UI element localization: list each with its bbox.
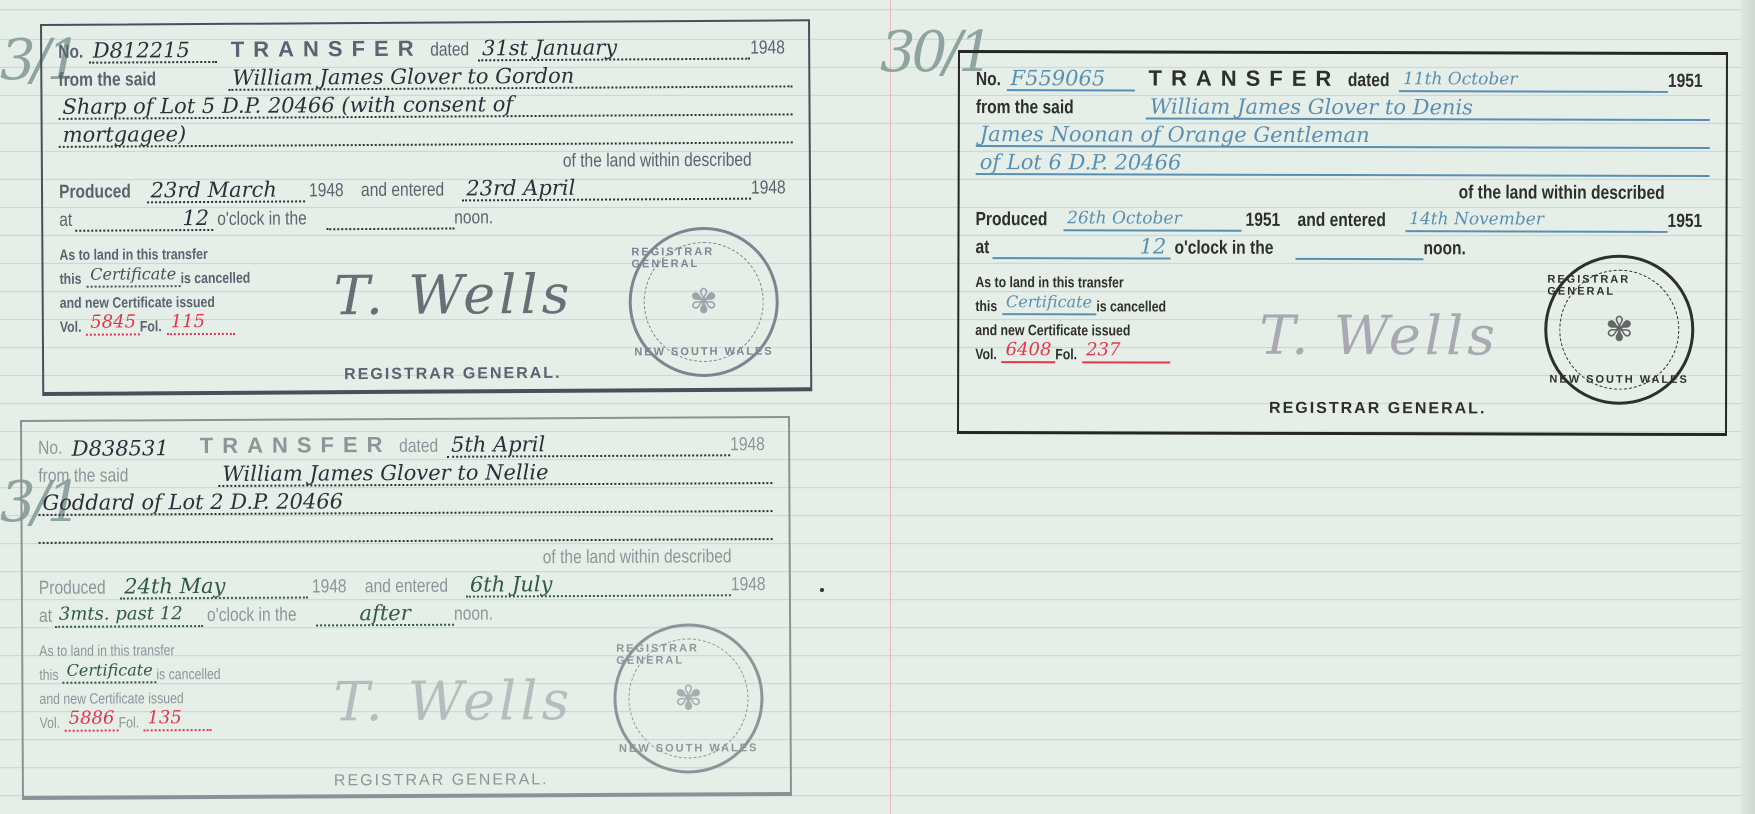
seal-text-top: REGISTRAR GENERAL bbox=[616, 642, 760, 667]
from-row: mortgagee) bbox=[59, 115, 793, 147]
fol-value: 135 bbox=[143, 707, 211, 731]
time-of-day bbox=[1295, 258, 1423, 260]
fol-value: 115 bbox=[167, 311, 235, 335]
registrar-seal: REGISTRAR GENERAL ✾ NEW SOUTH WALES bbox=[628, 226, 779, 377]
from-label: from the said bbox=[58, 69, 198, 92]
as-to-land-label: As to land in this transfer bbox=[59, 246, 207, 264]
new-cert-label: and new Certificate issued bbox=[60, 294, 215, 312]
transfer-number: F559065 bbox=[1007, 67, 1135, 91]
fol-label: Fol. bbox=[1055, 346, 1077, 363]
transfer-number: D812215 bbox=[89, 39, 217, 64]
produced-value: 26th October bbox=[1063, 207, 1241, 231]
entered-year: 1948 bbox=[751, 177, 786, 199]
fol-value: 237 bbox=[1082, 339, 1170, 363]
transfer-heading: TRANSFER bbox=[1149, 65, 1341, 92]
oclock-label: o'clock in the bbox=[217, 208, 307, 231]
produced-year: 1948 bbox=[309, 180, 344, 202]
this-label: this bbox=[39, 667, 58, 684]
time-of-day: after bbox=[316, 602, 454, 627]
crest-icon: ✾ bbox=[1605, 310, 1634, 350]
certificate-word: Certificate bbox=[1002, 291, 1096, 315]
seal-text-bottom: NEW SOUTH WALES bbox=[634, 346, 773, 359]
registrar-label: REGISTRAR GENERAL. bbox=[1269, 400, 1486, 419]
land-row: of the land within described bbox=[59, 143, 793, 175]
certificate-word: Certificate bbox=[63, 659, 157, 683]
oclock-label: o'clock in the bbox=[1174, 238, 1273, 260]
produced-year: 1951 bbox=[1245, 210, 1280, 232]
from-line-3: mortgagee) bbox=[59, 119, 793, 147]
ink-speck bbox=[820, 588, 824, 592]
entered-value: 6th July bbox=[466, 572, 731, 597]
dated-value: 5th April bbox=[447, 432, 730, 457]
as-to-land-label: As to land in this transfer bbox=[39, 642, 174, 660]
transfer-stamp-1: No. D812215 TRANSFER dated 31st January … bbox=[40, 19, 812, 396]
from-line-1: William James Glover to Nellie bbox=[218, 460, 772, 487]
dated-label: dated bbox=[430, 39, 469, 61]
from-label: from the said bbox=[976, 97, 1115, 119]
dated-label: dated bbox=[1348, 70, 1390, 92]
time-value: 12 bbox=[75, 207, 213, 232]
noon-label: noon. bbox=[454, 207, 493, 229]
transfer-stamp-2: No. D838531 TRANSFER dated 5th April 194… bbox=[20, 416, 792, 800]
registrar-seal: REGISTRAR GENERAL ✾ NEW SOUTH WALES bbox=[613, 623, 764, 774]
no-label: No. bbox=[38, 438, 62, 460]
produced-year: 1948 bbox=[312, 576, 347, 598]
dated-value: 31st January bbox=[478, 36, 750, 62]
this-label: this bbox=[60, 271, 82, 288]
from-line-1: William James Glover to Denis bbox=[1146, 95, 1710, 120]
vol-label: Vol. bbox=[40, 715, 61, 732]
registrar-label: REGISTRAR GENERAL. bbox=[334, 771, 549, 790]
from-line-2: James Noonan of Orange Gentleman bbox=[976, 123, 1710, 149]
dated-label: dated bbox=[399, 436, 438, 458]
registrar-seal: REGISTRAR GENERAL ✾ NEW SOUTH WALES bbox=[1544, 255, 1694, 405]
entered-label: and entered bbox=[364, 576, 447, 598]
from-line-1: William James Glover to Gordon bbox=[228, 63, 792, 90]
land-label: of the land within described bbox=[1458, 182, 1664, 205]
fol-label: Fol. bbox=[118, 714, 139, 731]
entered-value: 14th November bbox=[1405, 208, 1667, 233]
cancelled-label: is cancelled bbox=[180, 270, 250, 287]
as-to-land-label: As to land in this transfer bbox=[975, 274, 1123, 291]
seal-text-bottom: NEW SOUTH WALES bbox=[1549, 374, 1688, 386]
at-label: at bbox=[39, 606, 52, 628]
vol-value: 6408 bbox=[1002, 339, 1056, 363]
no-label: No. bbox=[58, 42, 83, 64]
cancelled-label: is cancelled bbox=[157, 666, 221, 683]
entered-label: and entered bbox=[361, 180, 444, 203]
from-line-3: of Lot 6 D.P. 20466 bbox=[976, 151, 1710, 177]
new-cert-label: and new Certificate issued bbox=[975, 322, 1130, 339]
time-value: 3mts. past 12 bbox=[55, 603, 203, 628]
entered-year: 1948 bbox=[731, 574, 766, 596]
produced-value: 24th May bbox=[120, 574, 308, 599]
dated-value: 11th October bbox=[1399, 68, 1668, 93]
land-label: of the land within described bbox=[563, 150, 752, 173]
produced-row: Produced 23rd March 1948 and entered 23r… bbox=[59, 171, 793, 203]
vol-label: Vol. bbox=[60, 319, 82, 336]
crest-icon: ✾ bbox=[674, 678, 703, 718]
time-value: 12 bbox=[992, 235, 1170, 259]
from-line-2: Goddard of Lot 2 D.P. 20466 bbox=[38, 488, 772, 516]
vol-value: 5845 bbox=[86, 311, 140, 335]
transfer-heading: TRANSFER bbox=[231, 36, 423, 63]
entered-year: 1951 bbox=[1667, 211, 1702, 233]
produced-value: 23rd March bbox=[147, 178, 305, 203]
noon-label: noon. bbox=[454, 604, 493, 626]
produced-label: Produced bbox=[59, 181, 131, 203]
this-label: this bbox=[975, 298, 997, 315]
noon-label: noon. bbox=[1423, 238, 1465, 260]
produced-label: Produced bbox=[39, 578, 106, 600]
at-label: at bbox=[975, 237, 989, 259]
seal-text-top: REGISTRAR GENERAL bbox=[631, 246, 775, 271]
dated-year: 1948 bbox=[750, 37, 785, 59]
vol-label: Vol. bbox=[975, 346, 997, 363]
stamp-header: No. D812215 TRANSFER dated 31st January … bbox=[58, 31, 792, 63]
from-label: from the said bbox=[38, 465, 186, 488]
fol-label: Fol. bbox=[140, 318, 162, 335]
from-row: Sharp of Lot 5 D.P. 20466 (with consent … bbox=[58, 87, 792, 119]
registrar-label: REGISTRAR GENERAL. bbox=[344, 365, 561, 384]
time-of-day bbox=[326, 227, 454, 230]
vol-value: 5886 bbox=[65, 707, 119, 731]
crest-icon: ✾ bbox=[689, 282, 718, 322]
land-label: of the land within described bbox=[542, 546, 731, 569]
no-label: No. bbox=[976, 69, 1001, 91]
cancelled-label: is cancelled bbox=[1096, 298, 1166, 315]
dated-year: 1948 bbox=[730, 434, 765, 456]
margin-rule bbox=[890, 0, 891, 814]
transfer-number: D838531 bbox=[68, 437, 186, 460]
from-row: from the said William James Glover to Go… bbox=[58, 59, 792, 91]
registrar-signature: T. Wells bbox=[333, 669, 573, 733]
at-label: at bbox=[59, 210, 72, 232]
page-edge bbox=[1741, 0, 1755, 814]
produced-label: Produced bbox=[976, 209, 1048, 231]
entered-label: and entered bbox=[1297, 210, 1385, 232]
seal-text-top: REGISTRAR GENERAL bbox=[1547, 274, 1691, 298]
registrar-signature: T. Wells bbox=[333, 263, 573, 327]
oclock-label: o'clock in the bbox=[207, 605, 297, 627]
time-row: at 12 o'clock in the noon. bbox=[59, 199, 793, 231]
seal-text-bottom: NEW SOUTH WALES bbox=[619, 742, 758, 755]
new-cert-label: and new Certificate issued bbox=[39, 690, 183, 708]
from-line-2: Sharp of Lot 5 D.P. 20466 (with consent … bbox=[58, 91, 792, 119]
entered-value: 23rd April bbox=[462, 176, 751, 202]
dated-year: 1951 bbox=[1668, 71, 1703, 93]
transfer-heading: TRANSFER bbox=[200, 432, 392, 459]
transfer-stamp-3: No. F559065 TRANSFER dated 11th October … bbox=[957, 50, 1728, 436]
certificate-word: Certificate bbox=[86, 263, 180, 288]
registrar-signature: T. Wells bbox=[1259, 304, 1499, 368]
